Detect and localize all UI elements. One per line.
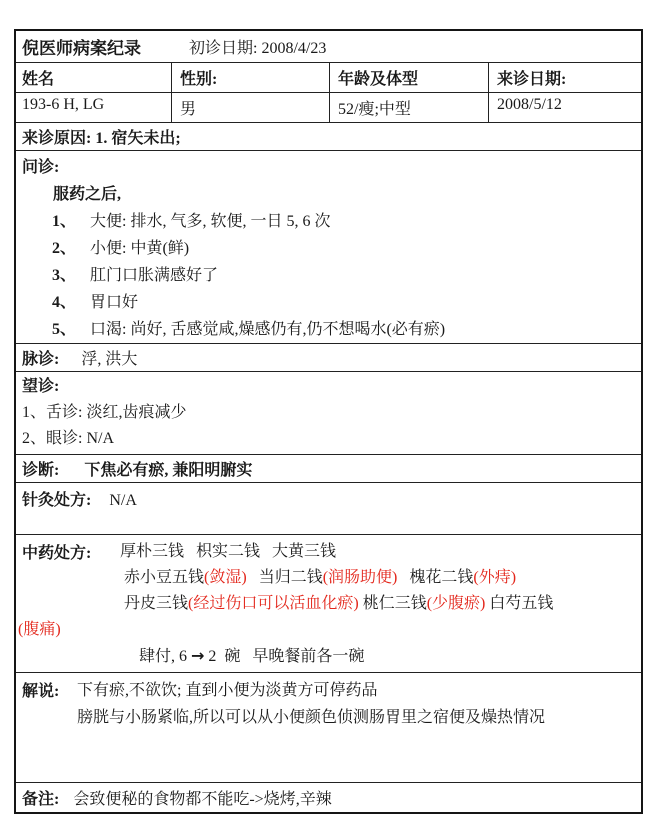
herbal-annotation: (润肠助便) <box>323 569 398 586</box>
doc-title: 倪医师病案纪录 <box>22 39 141 58</box>
pulse-text: 浮, 洪大 <box>81 351 137 368</box>
herbal-annotation: (腹痛) <box>18 621 61 638</box>
pulse-label: 脉诊: <box>22 351 59 368</box>
herbal-annotation: (敛湿) <box>204 569 247 586</box>
explanation-line: 膀胱与小肠紧临,所以可以从小便颜色侦测肠胃里之宿便及燥热情况 <box>16 704 641 731</box>
inquiry-item: 2、小便: 中黄(鲜) <box>16 235 641 262</box>
inquiry-item-number: 5、 <box>52 316 90 343</box>
visit-date-header-cell: 来诊日期: <box>488 63 641 92</box>
herbal-annotation: (外痔) <box>473 569 516 586</box>
explanation-row: 解说: 下有瘀,不欲饮; 直到小便为淡黄方可停药品膀胱与小肠紧临,所以可以从小便… <box>16 672 641 782</box>
inquiry-item-text: 口渴: 尚好, 舌感觉咸,燥感仍有,仍不想喝水(必有瘀) <box>90 316 641 343</box>
first-visit-date-value: 2008/4/23 <box>261 40 326 57</box>
herbal-text: 肆付, 6 <box>139 648 191 665</box>
herbal-line: 厚朴三钱 枳实二钱 大黄三钱 <box>16 539 641 565</box>
diagnosis-label: 诊断: <box>22 462 59 479</box>
inquiry-item-text: 胃口好 <box>90 289 641 316</box>
header-row: 姓名 性别: 年龄及体型 来诊日期: <box>16 62 641 92</box>
visit-date-value-cell: 2008/5/12 <box>488 93 641 122</box>
first-visit-date-label: 初诊日期: <box>189 40 257 57</box>
explanation-line: 下有瘀,不欲饮; 直到小便为淡黄方可停药品 <box>16 677 641 704</box>
inquiry-item-text: 大便: 排水, 气多, 软便, 一日 5, 6 次 <box>90 208 641 235</box>
herbal-annotation: (经过伤口可以活血化瘀) <box>188 595 359 612</box>
observation-line: 2、眼诊: N/A <box>16 426 641 452</box>
inquiry-label: 问诊: <box>16 154 641 181</box>
inquiry-item: 3、肛门口胀满感好了 <box>16 262 641 289</box>
inquiry-subheading: 服药之后, <box>16 181 641 208</box>
age-body-value-cell: 52/瘦;中型 <box>329 93 488 122</box>
herbal-prescription-row: 中药处方: 厚朴三钱 枳实二钱 大黄三钱赤小豆五钱(敛湿) 当归二钱(润肠助便)… <box>16 534 641 672</box>
inquiry-row: 问诊: 服药之后, 1、大便: 排水, 气多, 软便, 一日 5, 6 次2、小… <box>16 150 641 343</box>
title-row: 倪医师病案纪录 初诊日期: 2008/4/23 <box>16 31 641 62</box>
inquiry-item-text: 肛门口胀满感好了 <box>90 262 641 289</box>
observation-lines: 1、舌诊: 淡红,齿痕减少2、眼诊: N/A <box>16 400 641 452</box>
herbal-text: 槐花二钱 <box>397 569 473 586</box>
herbal-text: 2 碗 早晚餐前各一碗 <box>204 648 364 665</box>
herbal-text: 桃仁三钱 <box>359 595 427 612</box>
explanation-label: 解说: <box>22 678 59 701</box>
inquiry-item-number: 4、 <box>52 289 90 316</box>
herbal-annotation: (少腹瘀) <box>427 595 486 612</box>
herbal-text: 白芍五钱 <box>485 595 553 612</box>
age-body-header-cell: 年龄及体型 <box>329 63 488 92</box>
pulse-diagnosis-row: 脉诊:浮, 洪大 <box>16 343 641 371</box>
diagnosis-text: 下焦必有瘀, 兼阳明腑实 <box>84 462 252 479</box>
acupuncture-text: N/A <box>109 492 137 509</box>
acupuncture-row: 针灸处方:N/A <box>16 482 641 534</box>
herbal-lines: 厚朴三钱 枳实二钱 大黄三钱赤小豆五钱(敛湿) 当归二钱(润肠助便) 槐花二钱(… <box>16 539 641 670</box>
gender-value-cell: 男 <box>171 93 329 122</box>
case-record-table: 倪医师病案纪录 初诊日期: 2008/4/23 姓名 性别: 年龄及体型 来诊日… <box>14 29 643 814</box>
diagnosis-row: 诊断:下焦必有瘀, 兼阳明腑实 <box>16 454 641 482</box>
inquiry-item-number: 1、 <box>52 208 90 235</box>
herbal-text: 赤小豆五钱 <box>124 569 204 586</box>
herbal-text: 丹皮三钱 <box>124 595 188 612</box>
herbal-text: 当归二钱 <box>247 569 323 586</box>
remarks-text: 会致便秘的食物都不能吃->烧烤,辛辣 <box>73 791 331 808</box>
inquiry-item-text: 小便: 中黄(鲜) <box>90 235 641 262</box>
remarks-label: 备注: <box>22 791 59 808</box>
name-value-cell: 193-6 H, LG <box>16 93 171 122</box>
herbal-text: 厚朴三钱 枳实二钱 大黄三钱 <box>120 543 336 560</box>
herbal-line: 赤小豆五钱(敛湿) 当归二钱(润肠助便) 槐花二钱(外痔) <box>16 565 641 591</box>
observation-row: 望诊: 1、舌诊: 淡红,齿痕减少2、眼诊: N/A <box>16 371 641 454</box>
inquiry-item-number: 3、 <box>52 262 90 289</box>
observation-label: 望诊: <box>16 374 641 400</box>
first-visit-date-field: 初诊日期: 2008/4/23 <box>189 35 326 58</box>
inquiry-item-number: 2、 <box>52 235 90 262</box>
herbal-line: (腹痛) <box>16 617 641 643</box>
name-header-cell: 姓名 <box>16 63 171 92</box>
gender-header-cell: 性别: <box>171 63 329 92</box>
remarks-row: 备注:会致便秘的食物都不能吃->烧烤,辛辣 <box>16 782 641 812</box>
inquiry-item: 5、口渴: 尚好, 舌感觉咸,燥感仍有,仍不想喝水(必有瘀) <box>16 316 641 343</box>
herbal-line: 丹皮三钱(经过伤口可以活血化瘀) 桃仁三钱(少腹瘀) 白芍五钱 <box>16 591 641 617</box>
herbal-label: 中药处方: <box>22 540 91 563</box>
arrow-glyph: → <box>191 646 204 665</box>
visit-reason-row: 来诊原因: 1. 宿矢未出; <box>16 122 641 150</box>
acupuncture-label: 针灸处方: <box>22 492 91 509</box>
herbal-line: 肆付, 6 → 2 碗 早晚餐前各一碗 <box>16 643 641 670</box>
observation-line: 1、舌诊: 淡红,齿痕减少 <box>16 400 641 426</box>
value-row: 193-6 H, LG 男 52/瘦;中型 2008/5/12 <box>16 92 641 122</box>
inquiry-item: 1、大便: 排水, 气多, 软便, 一日 5, 6 次 <box>16 208 641 235</box>
scanned-case-record-page: 倪医师病案纪录 初诊日期: 2008/4/23 姓名 性别: 年龄及体型 来诊日… <box>0 0 664 824</box>
inquiry-items: 1、大便: 排水, 气多, 软便, 一日 5, 6 次2、小便: 中黄(鲜)3、… <box>16 208 641 343</box>
explanation-lines: 下有瘀,不欲饮; 直到小便为淡黄方可停药品膀胱与小肠紧临,所以可以从小便颜色侦测… <box>16 677 641 731</box>
inquiry-item: 4、胃口好 <box>16 289 641 316</box>
